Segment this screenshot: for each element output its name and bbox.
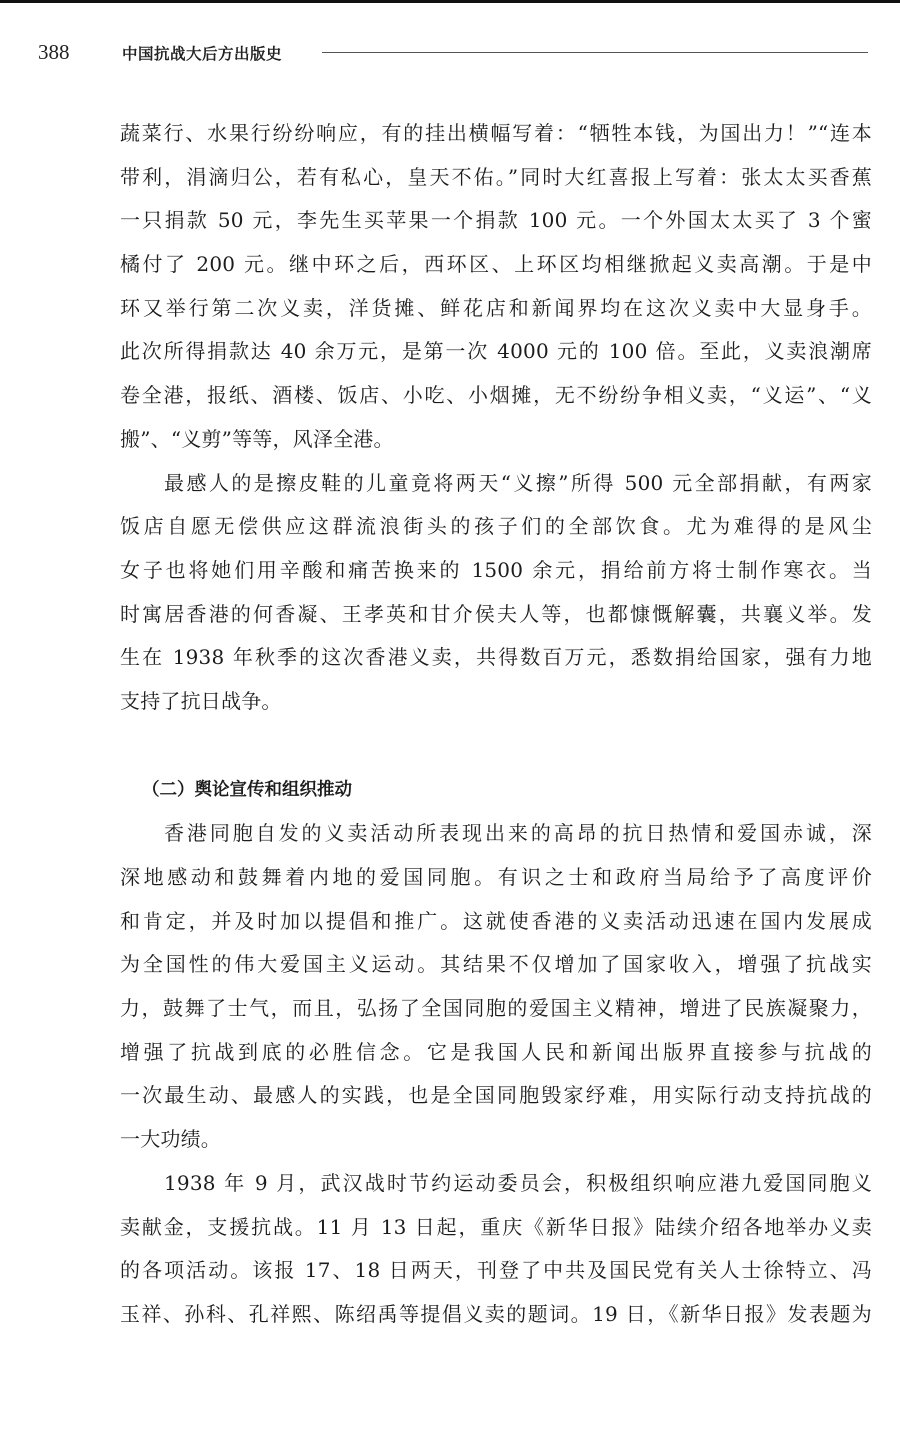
text-line: 一大功绩。	[120, 1118, 872, 1162]
paragraph: 最感人的是擦皮鞋的儿童竟将两天“义擦”所得 500 元全部捐献，有两家 饭店自愿…	[120, 462, 872, 724]
body-text: 蔬菜行、水果行纷纷响应，有的挂出横幅写着：“牺牲本钱，为国出力！”“连本 带利，…	[120, 112, 872, 1337]
page-header: 388 中国抗战大后方出版史	[0, 36, 900, 66]
text-line: 橘付了 200 元。继中环之后，西环区、上环区均相继掀起义卖高潮。于是中	[120, 243, 872, 287]
header-rule	[322, 52, 868, 53]
text-line: 玉祥、孙科、孔祥熙、陈绍禹等提倡义卖的题词。19 日，《新华日报》发表题为	[120, 1293, 872, 1337]
text-line: 的各项活动。该报 17、18 日两天，刊登了中共及国民党有关人士徐特立、冯	[120, 1249, 872, 1293]
section-gap	[120, 724, 872, 769]
text-line: 环又举行第二次义卖，洋货摊、鲜花店和新闻界均在这次义卖中大显身手。	[120, 287, 872, 331]
text-line: 卷全港，报纸、酒楼、饭店、小吃、小烟摊，无不纷纷争相义卖，“义运”、“义	[120, 374, 872, 418]
text-line: 增强了抗战到底的必胜信念。它是我国人民和新闻出版界直接参与抗战的	[120, 1031, 872, 1075]
text-line: 时寓居香港的何香凝、王孝英和甘介侯夫人等，也都慷慨解囊，共襄义举。发	[120, 593, 872, 637]
text-line: 生在 1938 年秋季的这次香港义卖，共得数百万元，悉数捐给国家，强有力地	[120, 636, 872, 680]
text-line: 一次最生动、最感人的实践，也是全国同胞毁家纾难，用实际行动支持抗战的	[120, 1074, 872, 1118]
paragraph: 蔬菜行、水果行纷纷响应，有的挂出横幅写着：“牺牲本钱，为国出力！”“连本 带利，…	[120, 112, 872, 462]
text-line: 卖献金，支援抗战。11 月 13 日起，重庆《新华日报》陆续介绍各地举办义卖	[120, 1206, 872, 1250]
page-number: 388	[38, 40, 70, 65]
page-top-border	[0, 0, 900, 3]
text-line: 香港同胞自发的义卖活动所表现出来的高昂的抗日热情和爱国赤诚，深	[120, 812, 872, 856]
text-line: 女子也将她们用辛酸和痛苦换来的 1500 余元，捐给前方将士制作寒衣。当	[120, 549, 872, 593]
text-line: 和肯定，并及时加以提倡和推广。这就使香港的义卖活动迅速在国内发展成	[120, 900, 872, 944]
text-line: 最感人的是擦皮鞋的儿童竟将两天“义擦”所得 500 元全部捐献，有两家	[120, 462, 872, 506]
text-line: 力，鼓舞了士气，而且，弘扬了全国同胞的爱国主义精神，增进了民族凝聚力，	[120, 987, 872, 1031]
text-line: 此次所得捐款达 40 余万元，是第一次 4000 元的 100 倍。至此，义卖浪…	[120, 330, 872, 374]
text-line: 带利，涓滴归公，若有私心，皇天不佑。”同时大红喜报上写着：张太太买香蕉	[120, 156, 872, 200]
text-line: 搬”、“义剪”等等，风泽全港。	[120, 418, 872, 462]
running-title: 中国抗战大后方出版史	[122, 42, 282, 64]
text-line: 1938 年 9 月，武汉战时节约运动委员会，积极组织响应港九爱国同胞义	[120, 1162, 872, 1206]
text-line: 蔬菜行、水果行纷纷响应，有的挂出横幅写着：“牺牲本钱，为国出力！”“连本	[120, 112, 872, 156]
paragraph: 香港同胞自发的义卖活动所表现出来的高昂的抗日热情和爱国赤诚，深 深地感动和鼓舞着…	[120, 812, 872, 1162]
section-heading: （二）舆论宣传和组织推动	[120, 769, 872, 813]
text-line: 一只捐款 50 元，李先生买苹果一个捐款 100 元。一个外国太太买了 3 个蜜	[120, 199, 872, 243]
paragraph: 1938 年 9 月，武汉战时节约运动委员会，积极组织响应港九爱国同胞义 卖献金…	[120, 1162, 872, 1337]
text-line: 饭店自愿无偿供应这群流浪街头的孩子们的全部饮食。尤为难得的是风尘	[120, 505, 872, 549]
text-line: 为全国性的伟大爱国主义运动。其结果不仅增加了国家收入，增强了抗战实	[120, 943, 872, 987]
text-line: 深地感动和鼓舞着内地的爱国同胞。有识之士和政府当局给予了高度评价	[120, 856, 872, 900]
text-line: 支持了抗日战争。	[120, 680, 872, 724]
